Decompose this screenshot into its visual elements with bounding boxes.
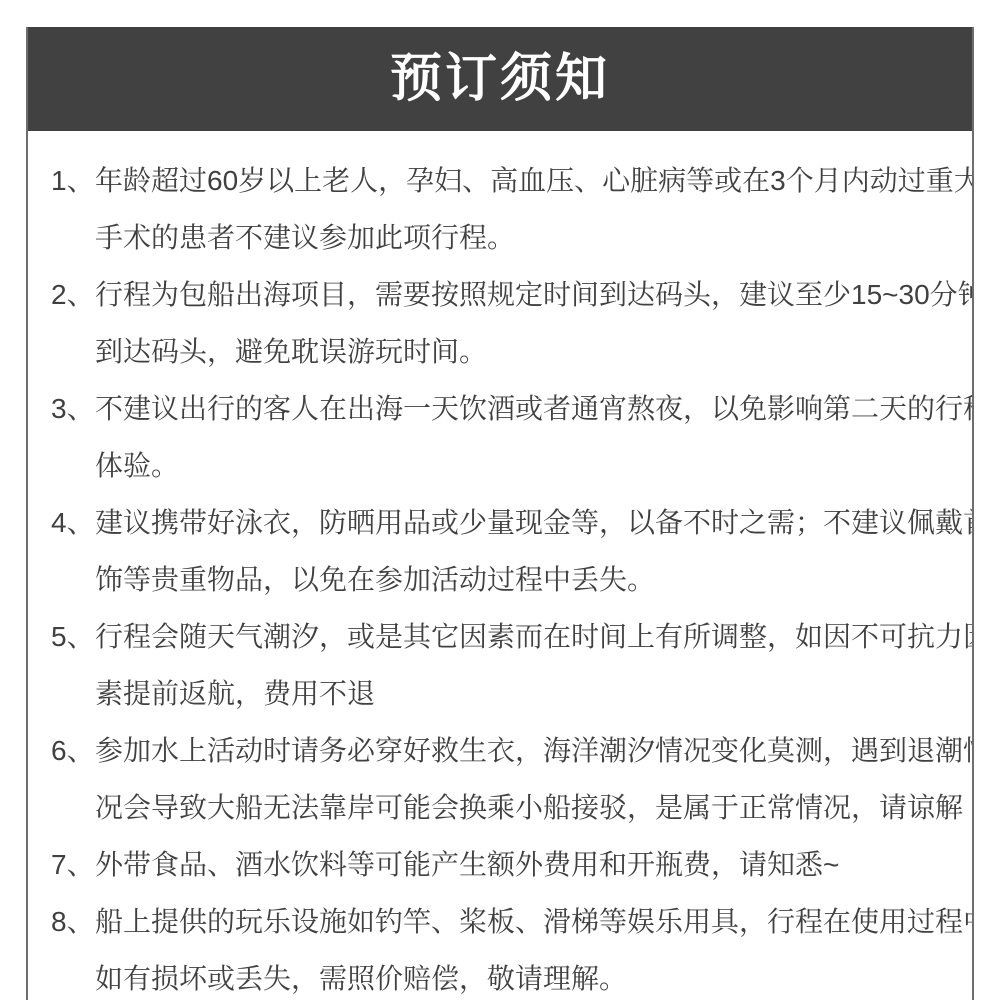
item-number: 5、 [51,608,95,665]
item-line: 况会导致大船无法靠岸可能会换乘小船接驳，是属于正常情况，请谅解 [95,779,962,836]
item-number: 2、 [51,266,95,323]
notice-item: 1、年龄超过60岁以上老人，孕妇、高血压、心脏病等或在3个月内动过重大手术的患者… [51,152,962,266]
item-number: 4、 [51,494,95,551]
item-number: 8、 [51,893,95,950]
notice-item: 5、行程会随天气潮汐，或是其它因素而在时间上有所调整，如因不可抗力因素提前返航，… [51,608,962,722]
header-banner: 预订须知 [28,27,972,131]
notice-item: 6、参加水上活动时请务必穿好救生衣，海洋潮汐情况变化莫测，遇到退潮情况会导致大船… [51,722,962,836]
notice-page: 预订须知 1、年龄超过60岁以上老人，孕妇、高血压、心脏病等或在3个月内动过重大… [0,0,1000,1000]
notice-item: 4、建议携带好泳衣，防晒用品或少量现金等，以备不时之需；不建议佩戴首饰等贵重物品… [51,494,962,608]
item-line: 饰等贵重物品，以免在参加活动过程中丢失。 [95,551,962,608]
item-line: 素提前返航，费用不退 [95,665,962,722]
item-line: 行程为包船出海项目，需要按照规定时间到达码头，建议至少15~30分钟 [95,266,962,323]
notice-box: 预订须知 1、年龄超过60岁以上老人，孕妇、高血压、心脏病等或在3个月内动过重大… [26,27,974,1000]
notice-item: 3、不建议出行的客人在出海一天饮酒或者通宵熬夜，以免影响第二天的行程体验。 [51,380,962,494]
item-line: 到达码头，避免耽误游玩时间。 [95,323,962,380]
item-line: 如有损坏或丢失，需照价赔偿，敬请理解。 [95,950,962,1000]
page-title: 预订须知 [390,53,610,105]
notice-item: 2、行程为包船出海项目，需要按照规定时间到达码头，建议至少15~30分钟到达码头… [51,266,962,380]
item-number: 1、 [51,152,95,209]
item-line: 船上提供的玩乐设施如钓竿、桨板、滑梯等娱乐用具，行程在使用过程中 [95,893,962,950]
item-line: 不建议出行的客人在出海一天饮酒或者通宵熬夜，以免影响第二天的行程 [95,380,962,437]
item-number: 6、 [51,722,95,779]
item-number: 7、 [51,836,95,893]
item-line: 外带食品、酒水饮料等可能产生额外费用和开瓶费，请知悉~ [95,836,962,893]
item-line: 体验。 [95,437,962,494]
item-line: 行程会随天气潮汐，或是其它因素而在时间上有所调整，如因不可抗力因 [95,608,962,665]
item-line: 手术的患者不建议参加此项行程。 [95,209,962,266]
item-line: 年龄超过60岁以上老人，孕妇、高血压、心脏病等或在3个月内动过重大 [95,152,962,209]
notice-item: 8、船上提供的玩乐设施如钓竿、桨板、滑梯等娱乐用具，行程在使用过程中如有损坏或丢… [51,893,962,1000]
notice-item: 7、外带食品、酒水饮料等可能产生额外费用和开瓶费，请知悉~ [51,836,962,893]
item-number: 3、 [51,380,95,437]
notice-list: 1、年龄超过60岁以上老人，孕妇、高血压、心脏病等或在3个月内动过重大手术的患者… [28,152,972,1000]
item-line: 参加水上活动时请务必穿好救生衣，海洋潮汐情况变化莫测，遇到退潮情 [95,722,962,779]
item-line: 建议携带好泳衣，防晒用品或少量现金等，以备不时之需；不建议佩戴首 [95,494,962,551]
